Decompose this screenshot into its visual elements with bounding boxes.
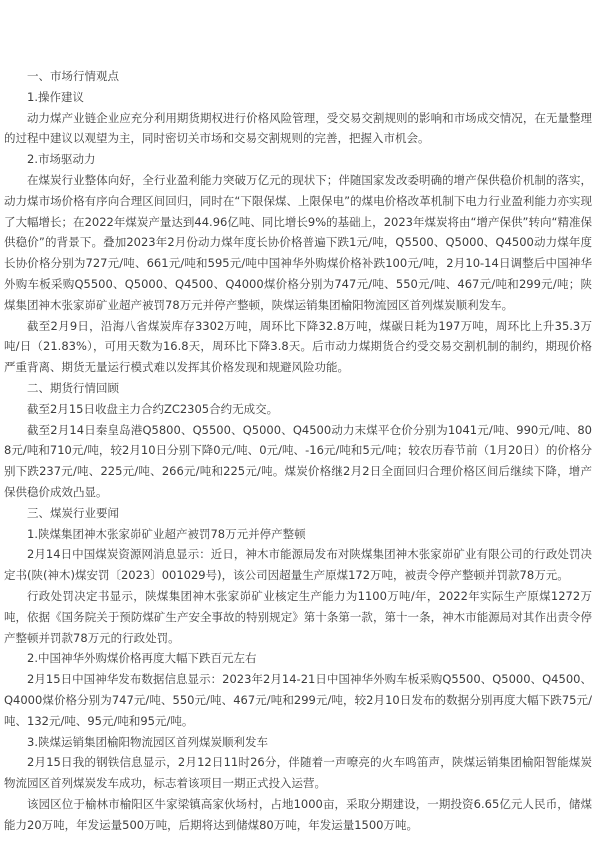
section-heading-futures-review: 二、期货行情回顾 — [4, 378, 592, 399]
paragraph: 动力煤产业链企业应充分利用期货期权进行价格风险管理，受交易交割规则的影响和市场成… — [4, 108, 592, 150]
paragraph: 2月15日我的钢铁信息显示，2月12日11时26分，伴随着一声嘹亮的火车鸣笛声，… — [4, 752, 592, 794]
paragraph: 在煤炭行业整体向好，全行业盈利能力突破万亿元的现状下；伴随国家发改委明确的增产保… — [4, 170, 592, 316]
paragraph: 截至2月9日，沿海八省煤炭库存3302万吨，周环比下降32.8万吨，煤碳日耗为1… — [4, 316, 592, 378]
section-heading-market-view: 一、市场行情观点 — [4, 66, 592, 87]
paragraph: 截至2月15日收盘主力合约ZC2305合约无成交。 — [4, 399, 592, 420]
sub-heading-news-1: 1.陕煤集团神木张家峁矿业超产被罚78万元并停产整顿 — [4, 524, 592, 545]
document-page: 一、市场行情观点 1.操作建议 动力煤产业链企业应充分利用期货期权进行价格风险管… — [0, 0, 595, 842]
paragraph: 2月15日中国神华发布数据信息显示：2023年2月14-21日中国神华外购车板采… — [4, 669, 592, 731]
document-body: 一、市场行情观点 1.操作建议 动力煤产业链企业应充分利用期货期权进行价格风险管… — [4, 66, 592, 835]
sub-heading-news-3: 3.陕煤运销集团榆阳物流园区首列煤炭顺利发车 — [4, 732, 592, 753]
paragraph: 2月14日中国煤炭资源网消息显示：近日，神木市能源局发布对陕煤集团神木张家峁矿业… — [4, 544, 592, 586]
section-heading-industry-news: 三、煤炭行业要闻 — [4, 503, 592, 524]
paragraph: 行政处罚决定书显示，陕煤集团神木张家峁矿业核定生产能力为1100万吨/年，202… — [4, 586, 592, 648]
sub-heading-news-2: 2.中国神华外购煤价格再度大幅下跌百元左右 — [4, 648, 592, 669]
paragraph: 截至2月14日秦皇岛港Q5800、Q5500、Q5000、Q4500动力末煤平仓… — [4, 420, 592, 503]
sub-heading-market-driver: 2.市场驱动力 — [4, 149, 592, 170]
sub-heading-operation-advice: 1.操作建议 — [4, 87, 592, 108]
paragraph: 该园区位于榆林市榆阳区牛家梁镇高家伙场村，占地1000亩，采取分期建设，一期投资… — [4, 794, 592, 836]
